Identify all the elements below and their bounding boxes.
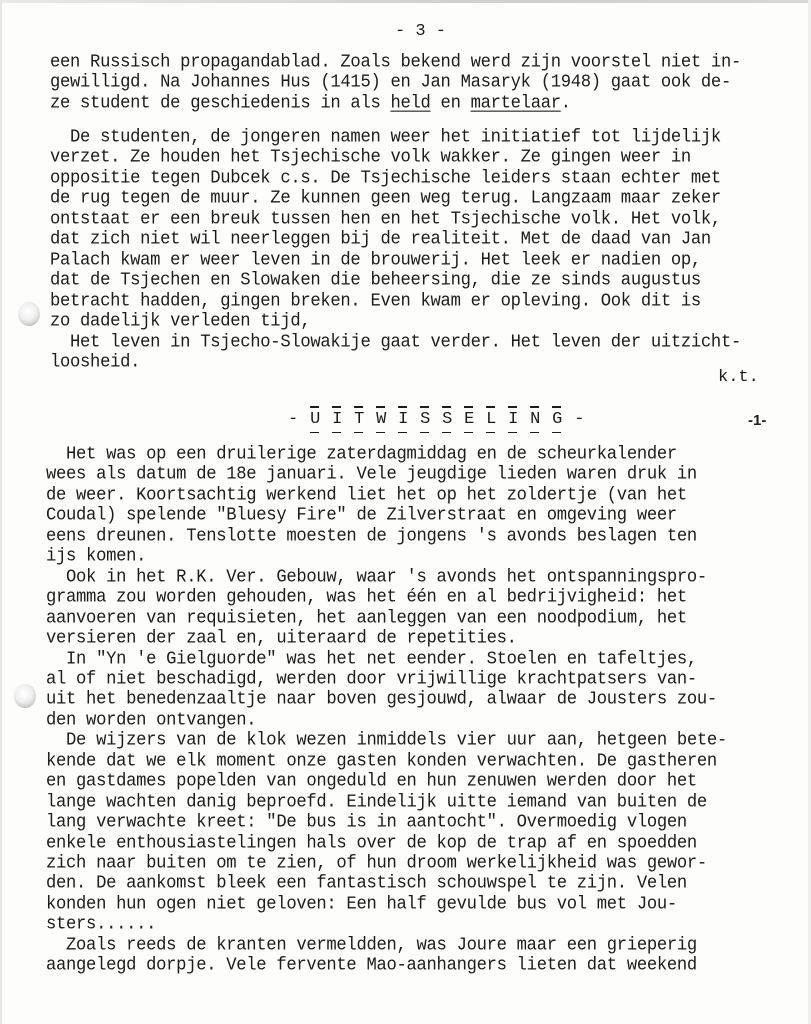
text-line: konden hun ogen niet geloven: Een half g… [46, 894, 677, 916]
text-line: lange wachten danig beproefd. Eindelijk … [46, 792, 707, 814]
text-line: oppositie tegen Dubcek c.s. De Tsjechisc… [50, 168, 721, 190]
text-line: dat de Tsjechen en Slowaken die beheersi… [50, 270, 701, 292]
text-line: enkele enthousiastelingen hals over de k… [46, 833, 697, 855]
text-line: Coudal) spelende "Bluesy Fire" de Zilver… [46, 505, 677, 527]
text-line: aanvoeren van requisieten, het aanleggen… [46, 608, 687, 630]
text-line: betracht hadden, gingen breken. Even kwa… [50, 291, 701, 313]
text-line: ontstaat er een breuk tussen hen en het … [50, 209, 721, 231]
article-title-uitwisseling: - UITWISSELING - [282, 410, 590, 429]
text-line: den worden ontvangen. [46, 710, 256, 732]
text-line: gewilligd. Na Johannes Hus (1415) en Jan… [50, 72, 731, 94]
text-line: Het leven in Tsjecho-Slowakije gaat verd… [50, 332, 741, 354]
text-line: dat zich niet wil neerleggen bij de real… [50, 229, 711, 251]
title-letter: S [414, 410, 436, 429]
title-letter: I [392, 410, 414, 429]
text-line: eens dreunen. Tenslotte moesten de jonge… [46, 526, 697, 548]
title-dash-right: - [574, 410, 584, 429]
text-line: de weer. Koortsachtig werkend liet het o… [46, 485, 687, 507]
author-signature: k.t. [718, 368, 759, 387]
text-line: de rug tegen de muur. Ze kunnen geen weg… [50, 188, 721, 210]
document-page: - 3 - een Russisch propagandablad. Zoals… [0, 0, 811, 1024]
text-line: versieren der zaal en, uiteraard de repe… [46, 628, 517, 650]
title-letter: N [524, 410, 546, 429]
title-letter: S [436, 410, 458, 429]
title-dash-left: - [288, 410, 298, 429]
text-line: De studenten, de jongeren namen weer het… [50, 127, 721, 149]
page-top-edge [0, 0, 811, 3]
text-line: wees als datum de 18e januari. Vele jeug… [46, 464, 697, 486]
text-line: kende dat we elk moment onze gasten kond… [46, 751, 717, 773]
text-line: Zoals reeds de kranten vermeldden, was J… [46, 935, 697, 957]
text-line: ijs komen. [46, 546, 146, 568]
text-line: en gastdames popelden van ongeduld en hu… [46, 771, 697, 793]
text-line: lang verwachte kreet: "De bus is in aant… [46, 812, 687, 834]
underlined-word: martelaar [471, 93, 561, 114]
text-line: ze student de geschiedenis in als held e… [50, 93, 571, 115]
text-line: gramma zou worden gehouden, was het één … [46, 587, 687, 609]
title-letter: U [304, 410, 326, 429]
title-letters: UITWISSELING [304, 410, 568, 429]
text-line: loosheid. [50, 352, 140, 374]
punch-hole-icon [18, 302, 40, 326]
punch-hole-icon [14, 684, 36, 708]
page-left-edge [0, 0, 2, 1024]
text-line: zich naar buiten om te zien, of hun droo… [46, 853, 707, 875]
title-letter: T [348, 410, 370, 429]
title-letter: L [480, 410, 502, 429]
title-letter: W [370, 410, 392, 429]
title-letter: E [458, 410, 480, 429]
text-line: Het was op een druilerige zaterdagmiddag… [46, 444, 677, 466]
text-line: al of niet beschadigd, werden door vrijw… [46, 669, 697, 691]
text-line: In "Yn 'e Gielguorde" was het net eender… [46, 649, 697, 671]
text-line: zo dadelijk verleden tijd, [50, 311, 310, 333]
text-line: uit het benedenzaaltje naar boven gesjou… [46, 689, 717, 711]
text-line: een Russisch propagandablad. Zoals beken… [50, 52, 741, 74]
text-line: den. De aankomst bleek een fantastisch s… [46, 873, 687, 895]
text-line: verzet. Ze houden het Tsjechische volk w… [50, 147, 691, 169]
text-line: De wijzers van de klok wezen inmiddels v… [46, 730, 727, 752]
underlined-word: held [390, 93, 430, 114]
text-line: Palach kwam er weer leven in de brouweri… [50, 250, 701, 272]
page-number: - 3 - [395, 22, 446, 41]
text-line: Ook in het R.K. Ver. Gebouw, waar 's avo… [46, 567, 707, 589]
title-letter: I [326, 410, 348, 429]
text-line: aangelegd dorpje. Vele fervente Mao-aanh… [46, 955, 697, 977]
title-letter: I [502, 410, 524, 429]
title-letter: G [546, 410, 568, 429]
section-number: -1- [748, 412, 766, 429]
text-line: sters...... [46, 914, 156, 936]
